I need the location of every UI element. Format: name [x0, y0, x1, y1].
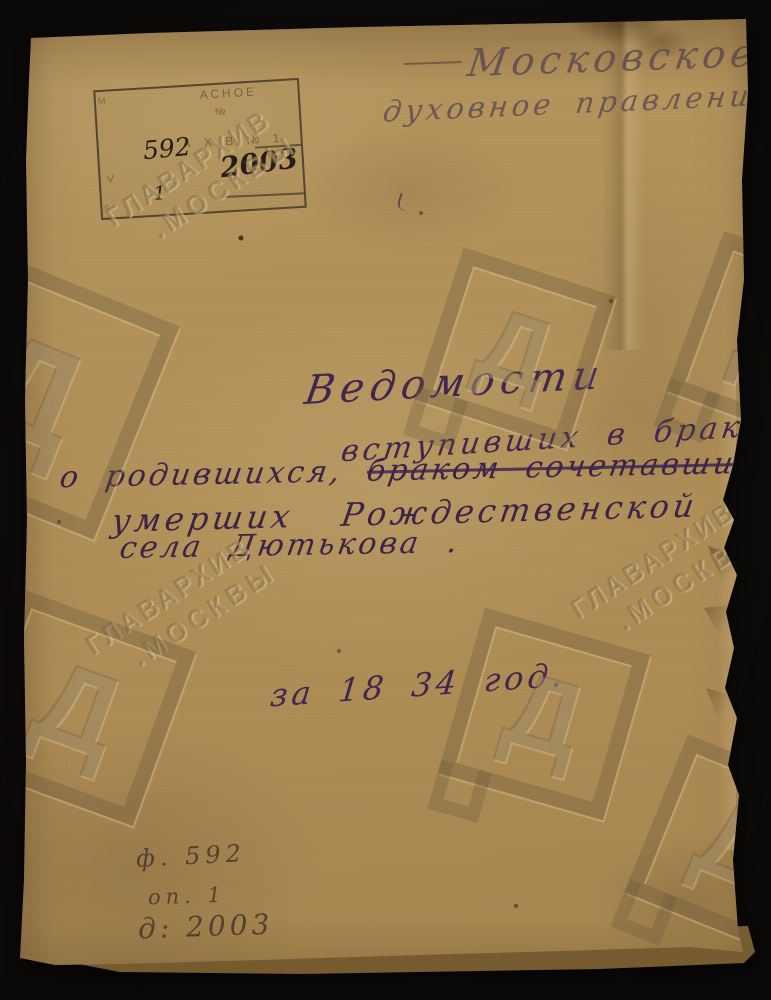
header-line2: духовное правление: [381, 77, 771, 128]
logo-letter: Д: [678, 776, 771, 914]
logo-letter: Д: [463, 282, 566, 413]
logo-letter: Д: [720, 271, 771, 408]
photo-background: Московское духовное правление АСНОЕ № А …: [0, 0, 771, 1000]
stamp-printed-letter: V: [106, 173, 114, 185]
pencil-dash: [404, 61, 462, 65]
stamp-printed-number-sign: №: [214, 106, 225, 118]
watermark-logo: Д: [0, 240, 180, 539]
header-line1: Московское: [465, 31, 761, 85]
small-ink-mark: [396, 193, 410, 211]
pencil-delo-note: д: 2003: [137, 908, 273, 946]
stamp-printed-letter: М: [98, 96, 106, 106]
stamp-printed-text: АСНОЕ: [199, 84, 257, 101]
logo-letter: Д: [491, 645, 597, 782]
watermark-logo: Д: [624, 734, 771, 955]
ink-specks: [0, 0, 2, 2]
title-village-line: села Дютькова .: [117, 525, 463, 566]
logo-letter: Д: [0, 296, 107, 484]
logo-letter: Д: [16, 631, 138, 783]
pencil-opis-note: оп. 1: [148, 883, 227, 910]
pencil-fond-note: ф. 592: [135, 839, 246, 873]
file-cover: Московское духовное правление АСНОЕ № А …: [0, 0, 771, 1000]
